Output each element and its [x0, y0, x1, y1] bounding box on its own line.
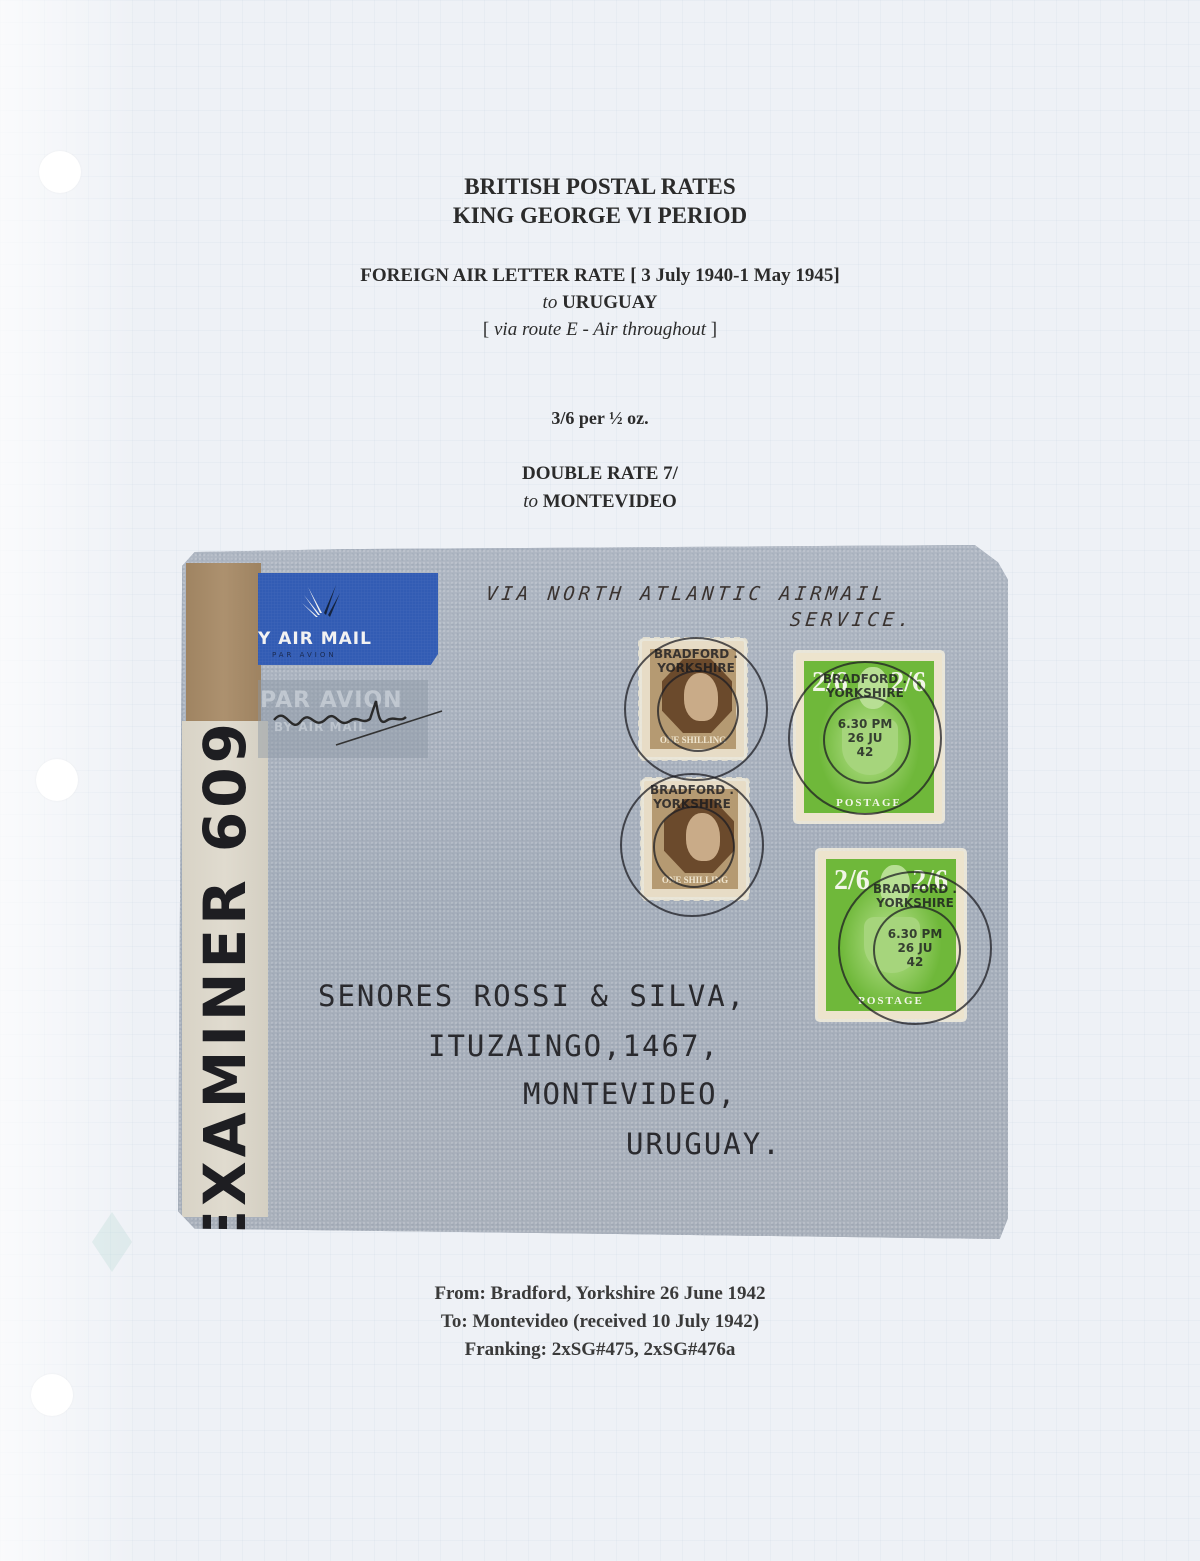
- page-title: BRITISH POSTAL RATES KING GEORGE VI PERI…: [0, 172, 1200, 230]
- city: MONTEVIDEO: [543, 491, 677, 512]
- stamp-value: ONE SHILLING: [650, 735, 736, 745]
- route-line: [ via route E - Air throughout ]: [0, 316, 1200, 343]
- stamp-value-right: 2/6: [912, 865, 948, 897]
- stamp-postage-label: POSTAGE: [826, 995, 956, 1007]
- handwritten-routing-note: VIA NORTH ATLANTIC AIRMAIL: [485, 583, 889, 605]
- stamp-one-shilling-1: ONE SHILLING: [642, 641, 744, 757]
- envelope-cover: EXAMINER 609 Y AIR MAIL PAR AVION PAR AV…: [178, 545, 1008, 1239]
- par-avion-text: PAR AVION: [272, 651, 337, 659]
- double-rate: DOUBLE RATE 7/: [0, 460, 1200, 488]
- caption-from: From: Bradford, Yorkshire 26 June 1942: [0, 1280, 1200, 1308]
- destination-line: to URUGUAY: [0, 289, 1200, 316]
- binder-hole-bottom: [31, 1374, 73, 1416]
- stamp-value-right: 2/6: [890, 667, 926, 699]
- airmail-text: Y AIR MAIL: [258, 629, 372, 649]
- address-line-4: URUGUAY.: [626, 1127, 782, 1161]
- title-line-2: KING GEORGE VI PERIOD: [0, 201, 1200, 230]
- stamp-value-left: 2/6: [812, 667, 848, 699]
- resealing-tape: [186, 563, 261, 723]
- address-line-3: MONTEVIDEO,: [523, 1077, 737, 1111]
- handwritten-routing-note-line-2: SERVICE.: [789, 609, 915, 631]
- caption-franking: Franking: 2xSG#475, 2xSG#476a: [0, 1336, 1200, 1364]
- destination: URUGUAY: [562, 292, 657, 313]
- rate-heading: FOREIGN AIR LETTER RATE [ 3 July 1940-1 …: [0, 262, 1200, 289]
- airmail-etiquette: Y AIR MAIL PAR AVION: [258, 573, 438, 665]
- stamp-postage-label: POSTAGE: [804, 797, 934, 809]
- stamp-value-left: 2/6: [834, 865, 870, 897]
- censor-label: EXAMINER 609: [182, 721, 268, 1217]
- rate-heading-block: FOREIGN AIR LETTER RATE [ 3 July 1940-1 …: [0, 262, 1200, 343]
- stamp-two-six-2: 2/6 2/6 POSTAGE: [818, 851, 964, 1019]
- stamp-value: ONE SHILLING: [652, 875, 738, 885]
- city-line: to MONTEVIDEO: [0, 488, 1200, 516]
- destination-prefix: to: [543, 292, 558, 313]
- city-prefix: to: [523, 491, 538, 512]
- cover-caption: From: Bradford, Yorkshire 26 June 1942 T…: [0, 1280, 1200, 1364]
- route-bracket-open: [: [483, 319, 489, 340]
- binder-hole-middle: [36, 759, 78, 801]
- stamp-one-shilling-2: ONE SHILLING: [644, 781, 746, 897]
- caption-to: To: Montevideo (received 10 July 1942): [0, 1308, 1200, 1336]
- wing-icon: [298, 583, 346, 623]
- address-line-2: ITUZAINGO,1467,: [428, 1029, 720, 1063]
- signature-scrawl: [266, 685, 446, 755]
- double-rate-block: DOUBLE RATE 7/ to MONTEVIDEO: [0, 460, 1200, 516]
- route-bracket-close: ]: [711, 319, 717, 340]
- stamp-two-six-1: 2/6 2/6 POSTAGE: [796, 653, 942, 821]
- address-line-1: SENORES ROSSI & SILVA,: [318, 979, 746, 1013]
- rate: 3/6 per ½ oz.: [0, 405, 1200, 431]
- censor-label-text: EXAMINER 609: [191, 719, 259, 1219]
- title-line-1: BRITISH POSTAL RATES: [0, 172, 1200, 201]
- route: via route E - Air throughout: [494, 319, 706, 340]
